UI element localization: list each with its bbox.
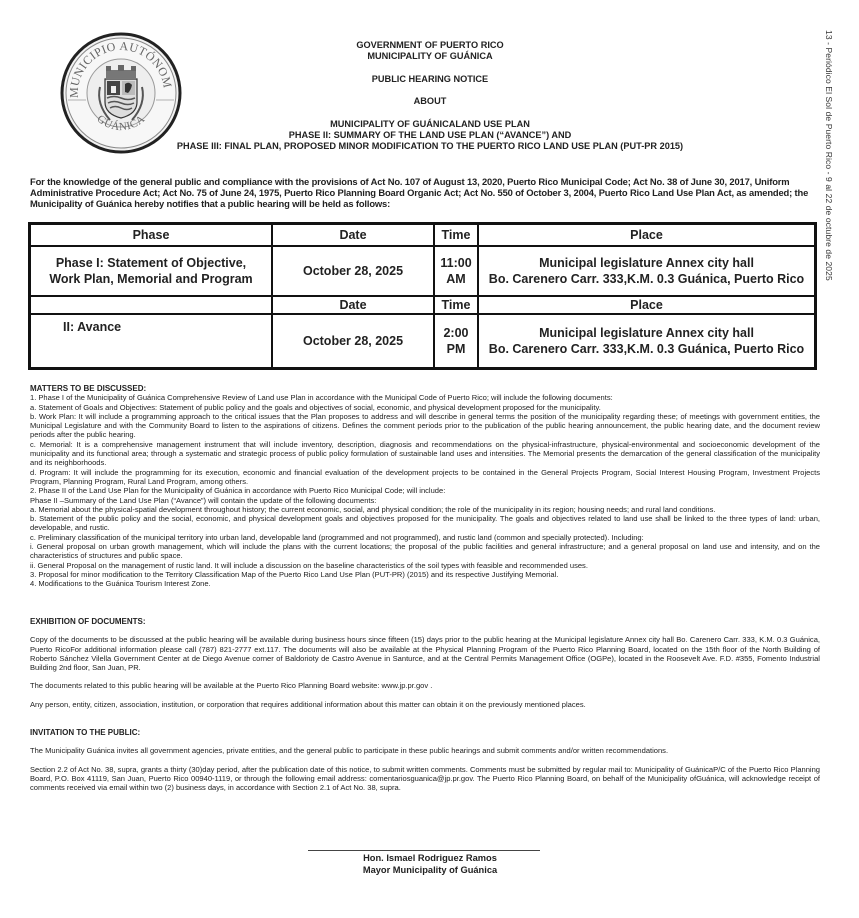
exhibition-paragraph: Copy of the documents to be discussed at… [30,635,820,672]
table-row: Phase I: Statement of Objective, Work Pl… [30,246,816,296]
matters-title: MATTERS TO BE DISCUSSED: [30,384,820,393]
signature-block: Hon. Ismael Rodriguez Ramos Mayor Munici… [250,852,610,876]
header-about: ABOUT [150,96,710,107]
matters-item: a. Statement of Goals and Objectives: St… [30,403,820,412]
place-line2: Bo. Carenero Carr. 333,K.M. 0.3 Guánica,… [479,341,814,357]
exhibition-website-paragraph: The documents related to this public hea… [30,681,820,690]
cell-phase: Phase I: Statement of Objective, Work Pl… [30,246,273,296]
header-government: GOVERNMENT OF PUERTO RICO MUNICIPALITY O… [150,40,710,62]
matters-item: b. Statement of the public policy and th… [30,514,820,533]
matters-item: 2. Phase II of the Land Use Plan for the… [30,486,820,495]
matters-item: d. Program: It will include the programm… [30,468,820,487]
header-line2: MUNICIPALITY OF GUÁNICA [150,51,710,62]
cell-place: Municipal legislature Annex city hall Bo… [478,246,816,296]
header-notice: PUBLIC HEARING NOTICE [150,74,710,85]
phase-line2: Work Plan, Memorial and Program [31,271,271,287]
signer-name: Hon. Ismael Rodriguez Ramos [250,852,610,864]
subheader-time: Time [434,296,478,314]
col-header-date: Date [272,224,434,247]
signer-title: Mayor Municipality of Guánica [250,864,610,876]
matters-section: MATTERS TO BE DISCUSSED: 1. Phase I of t… [30,384,820,589]
phase-line1: Phase I: Statement of Objective, [31,255,271,271]
header-subject1: MUNICIPALITY OF GUÁNICALAND USE PLAN [150,119,710,130]
time-line1: 2:00 [435,325,477,341]
matters-item: 4. Modifications to the Guánica Tourism … [30,579,820,588]
signature-line [308,850,540,851]
place-line1: Municipal legislature Annex city hall [479,255,814,271]
matters-item: Phase II –Summary of the Land Use Plan (… [30,496,820,505]
header-subject: MUNICIPALITY OF GUÁNICALAND USE PLAN PHA… [150,119,710,152]
time-line2: AM [435,271,477,287]
header-subject2: PHASE II: SUMMARY OF THE LAND USE PLAN (… [150,130,710,141]
matters-item: 3. Proposal for minor modification to th… [30,570,820,579]
cell-time: 11:00 AM [434,246,478,296]
place-line2: Bo. Carenero Carr. 333,K.M. 0.3 Guánica,… [479,271,814,287]
matters-item: c. Preliminary classification of the mun… [30,533,820,542]
table-row: II: Avance October 28, 2025 2:00 PM Muni… [30,314,816,369]
intro-paragraph: For the knowledge of the general public … [30,177,822,209]
subheader-phase [30,296,273,314]
col-header-time: Time [434,224,478,247]
cell-place: Municipal legislature Annex city hall Bo… [478,314,816,369]
matters-item: a. Memorial about the physical-spatial d… [30,505,820,514]
table-subheader-row: Date Time Place [30,296,816,314]
cell-date: October 28, 2025 [272,246,434,296]
subheader-place: Place [478,296,816,314]
col-header-phase: Phase [30,224,273,247]
col-header-place: Place [478,224,816,247]
exhibition-info-paragraph: Any person, entity, citizen, association… [30,700,820,709]
matters-item: ii. General Proposal on the management o… [30,561,820,570]
exhibition-section: EXHIBITION OF DOCUMENTS: Copy of the doc… [30,617,820,709]
invitation-section: INVITATION TO THE PUBLIC: The Municipali… [30,728,820,792]
place-line1: Municipal legislature Annex city hall [479,325,814,341]
cell-phase: II: Avance [30,314,273,369]
table-header-row: Phase Date Time Place [30,224,816,247]
subheader-date: Date [272,296,434,314]
publication-side-note: 13 - Periódico El Sol de Puerto Rico - 9… [816,30,838,270]
invitation-title: INVITATION TO THE PUBLIC: [30,728,820,737]
matters-item: 1. Phase I of the Municipality of Guánic… [30,393,820,402]
matters-item: b. Work Plan: It will include a programm… [30,412,820,440]
comments-paragraph: Section 2.2 of Act No. 38, supra, grants… [30,765,820,793]
matters-item: c. Memorial: It is a comprehensive manag… [30,440,820,468]
time-line1: 11:00 [435,255,477,271]
exhibition-title: EXHIBITION OF DOCUMENTS: [30,617,820,626]
hearing-schedule-table: Phase Date Time Place Phase I: Statement… [28,222,817,370]
time-line2: PM [435,341,477,357]
header-line1: GOVERNMENT OF PUERTO RICO [150,40,710,51]
publication-side-note-text: 13 - Periódico El Sol de Puerto Rico - 9… [824,30,834,281]
cell-date: October 28, 2025 [272,314,434,369]
invitation-paragraph: The Municipality Guánica invites all gov… [30,746,820,755]
cell-time: 2:00 PM [434,314,478,369]
matters-item: i. General proposal on urban growth mana… [30,542,820,561]
header-subject3: PHASE III: FINAL PLAN, PROPOSED MINOR MO… [150,141,710,152]
